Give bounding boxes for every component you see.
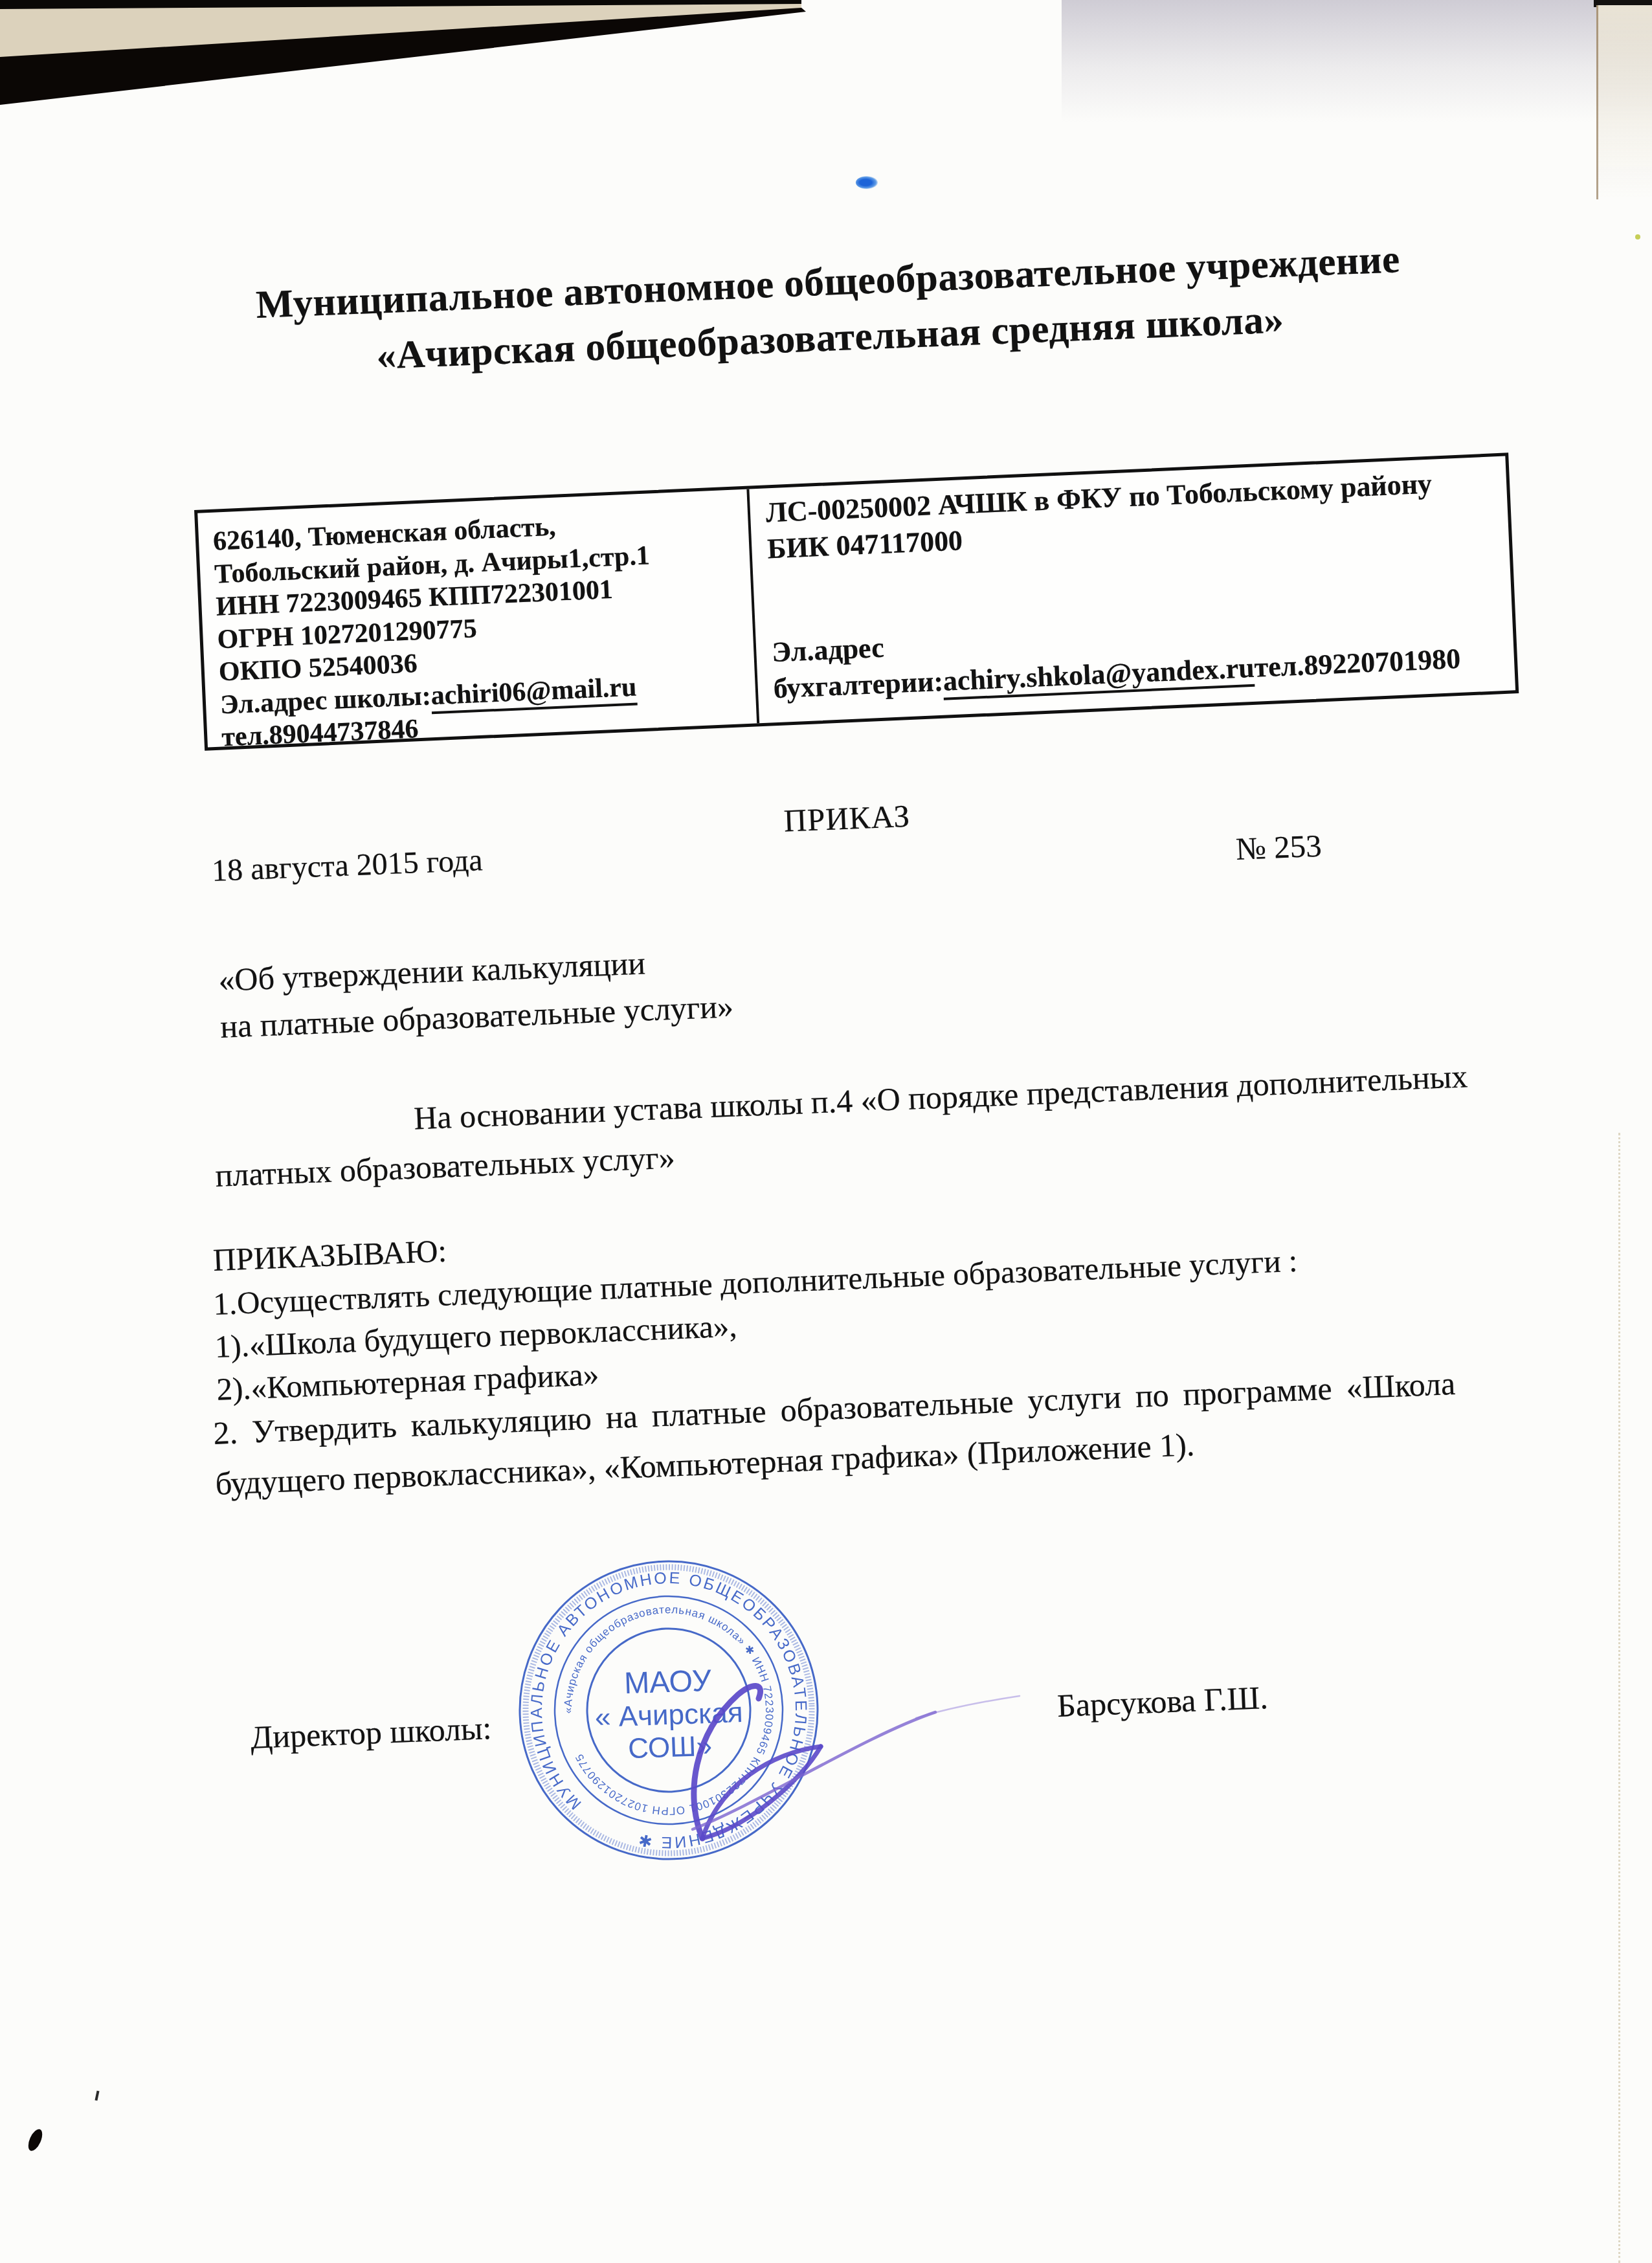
requisites-left-cell: 626140, Тюменская область, Тобольский ра…	[197, 489, 759, 748]
organization-title: Муниципальное автономное общеобразовател…	[208, 230, 1449, 391]
director-signature	[631, 1651, 1032, 1871]
order-basis-paragraph: На основании устава школы п.4 «О порядке…	[212, 1051, 1471, 1200]
scan-artifact-blue-speck	[856, 176, 878, 189]
directive-label: ПРИКАЗЫВАЮ:	[212, 1232, 447, 1278]
director-name: Барсукова Г.Ш.	[1056, 1678, 1269, 1724]
scan-artifact-ink-tick	[95, 2091, 99, 2101]
scan-artifact-gray-shadow	[1062, 0, 1652, 123]
scan-artifact-dotted-line	[1618, 1133, 1620, 2263]
signature-strokes	[631, 1651, 1032, 1871]
order-number: № 253	[1235, 827, 1323, 867]
requisites-table: 626140, Тюменская область, Тобольский ра…	[194, 452, 1519, 750]
accounting-phone: тел.89220701980	[1253, 643, 1461, 684]
director-role-label: Директор школы:	[250, 1709, 492, 1756]
scan-artifact-green-speck	[1635, 234, 1640, 240]
order-subject: «Об утверждении калькуляции на платные о…	[218, 936, 734, 1050]
requisites-right-cell: ЛС-00250002 АЧШК в ФКУ по Тобольскому ра…	[749, 456, 1515, 724]
scanned-document-page: Муниципальное автономное общеобразовател…	[0, 0, 1652, 2263]
scan-artifact-right-edge	[1596, 5, 1652, 199]
accounting-email-label2: бухгалтерии:	[773, 665, 944, 704]
scan-artifact-ink-blob	[25, 2127, 45, 2153]
